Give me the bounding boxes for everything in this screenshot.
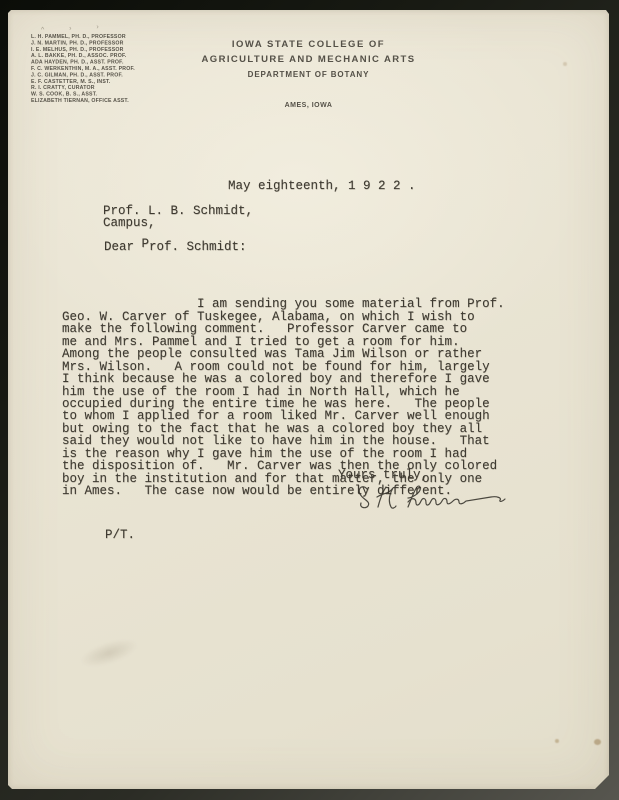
- stain-spot: [594, 739, 601, 745]
- body-line: the disposition of. Mr. Carver was then …: [62, 460, 505, 472]
- stain-spot: [555, 739, 559, 743]
- body-line: I am sending you some material from Prof…: [62, 298, 505, 310]
- recipient-address: Prof. L. B. Schmidt, Campus,: [103, 205, 253, 230]
- pencil-annotation: ^ › ›: [41, 23, 106, 33]
- salutation: Dear Prof. Schmidt:: [104, 241, 247, 253]
- letter-page: ^ › › L. H. PAMMEL, PH. D., PROFESSORJ. …: [8, 10, 609, 789]
- department-name: DEPARTMENT OF BOTANY: [8, 70, 609, 79]
- location-line: AMES, IOWA: [8, 102, 609, 109]
- institution-name-line2: AGRICULTURE AND MECHANIC ARTS: [8, 54, 609, 65]
- pencil-smudge: [76, 633, 142, 673]
- institution-name-line1: IOWA STATE COLLEGE OF: [8, 39, 609, 50]
- salutation-raised-letter: P: [142, 237, 150, 251]
- scan-background: { "letterhead": { "staff": [ "L. H. PAMM…: [0, 0, 619, 800]
- body-line: I think because he was a colored boy and…: [62, 373, 505, 385]
- stain-spot: [563, 62, 567, 66]
- salutation-text: Dear: [104, 240, 142, 254]
- signature-handwriting: [353, 480, 518, 516]
- body-line: make the following comment. Professor Ca…: [62, 323, 505, 335]
- typist-initials: P/T.: [105, 529, 135, 541]
- letter-body: I am sending you some material from Prof…: [62, 261, 505, 498]
- salutation-text: rof. Schmidt:: [149, 240, 247, 254]
- body-line: said they would not like to have him in …: [62, 435, 505, 447]
- body-line: Among the people consulted was Tama Jim …: [62, 348, 505, 360]
- date-line: May eighteenth, 1 9 2 2 .: [228, 180, 416, 192]
